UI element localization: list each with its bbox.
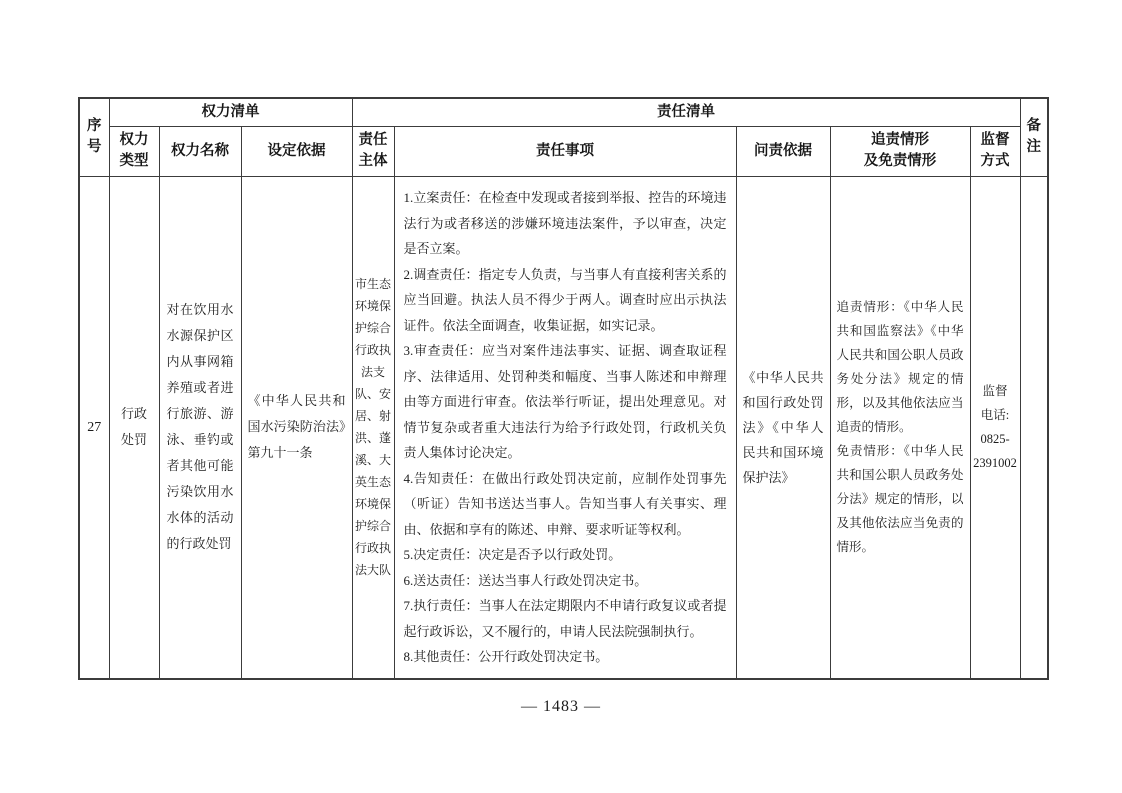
header-row-columns: 权力 类型 权力名称 设定依据 责任 主体 责任事项 问责依据 追责情形 及免责… (79, 126, 1048, 176)
col-header-setting-basis: 设定依据 (241, 126, 352, 176)
col-header-remarks: 备 注 (1020, 98, 1048, 176)
remarks-cell (1020, 176, 1048, 679)
responsibility-items-cell: 1.立案责任：在检查中发现或者接到举报、控告的环境违法行为或者移送的涉嫌环境违法… (394, 176, 736, 679)
power-name-cell: 对在饮用水水源保护区内从事网箱养殖或者进行旅游、游泳、垂钓或者其他可能污染饮用水… (159, 176, 241, 679)
col-header-power-type: 权力 类型 (109, 126, 159, 176)
col-header-responsibility-subject: 责任 主体 (352, 126, 394, 176)
table-row: 27 行政 处罚 对在饮用水水源保护区内从事网箱养殖或者进行旅游、游泳、垂钓或者… (79, 176, 1048, 679)
responsibility-subject-cell: 市生态环境保护综合行政执法支队、安居、射洪、蓬溪、大英生态环境保护综合行政执法大… (352, 176, 394, 679)
col-header-responsibility-items: 责任事项 (394, 126, 736, 176)
document-page: 序 号 权力清单 责任清单 备 注 权力 类型 权力名称 设定依据 责任 主体 … (0, 0, 1122, 793)
col-header-serial: 序 号 (79, 98, 109, 176)
col-header-accountability-situations: 追责情形 及免责情形 (830, 126, 970, 176)
page-number: — 1483 — (0, 698, 1122, 716)
supervision-method-cell: 监督 电话: 0825- 2391002 (970, 176, 1020, 679)
accountability-situations-cell: 追责情形：《中华人民共和国监察法》《中华人民共和国公职人员政务处分法》规定的情形… (830, 176, 970, 679)
power-responsibility-table: 序 号 权力清单 责任清单 备 注 权力 类型 权力名称 设定依据 责任 主体 … (78, 97, 1049, 680)
col-header-power-list: 权力清单 (109, 98, 352, 126)
serial-number-cell: 27 (79, 176, 109, 679)
setting-basis-cell: 《中华人民共和国水污染防治法》第九十一条 (241, 176, 352, 679)
col-header-power-name: 权力名称 (159, 126, 241, 176)
header-row-groups: 序 号 权力清单 责任清单 备 注 (79, 98, 1048, 126)
col-header-accountability-basis: 问责依据 (736, 126, 830, 176)
col-header-responsibility-list: 责任清单 (352, 98, 1020, 126)
power-type-cell: 行政 处罚 (109, 176, 159, 679)
accountability-basis-cell: 《中华人民共和国行政处罚法》《中华人民共和国环境保护法》 (736, 176, 830, 679)
col-header-supervision-method: 监督 方式 (970, 126, 1020, 176)
